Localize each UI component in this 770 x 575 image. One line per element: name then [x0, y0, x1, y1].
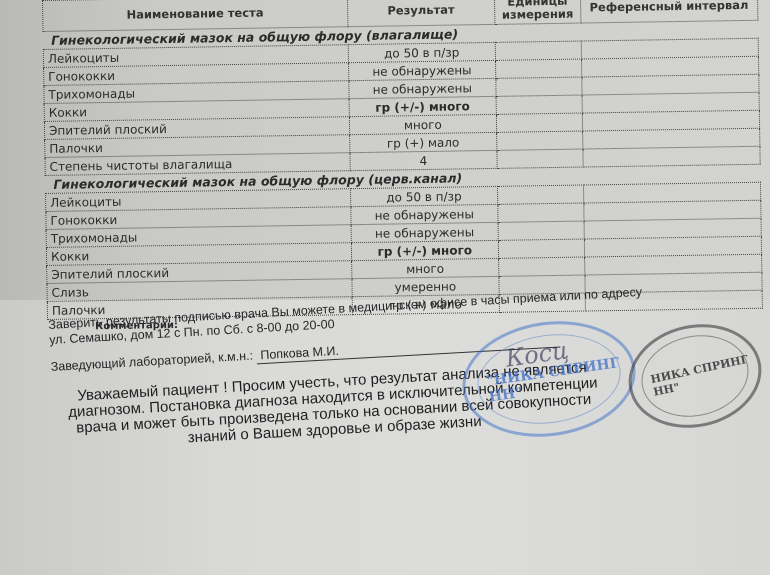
units-cell: [496, 77, 582, 96]
table-body: Гинекологический мазок на общую флору (в…: [43, 20, 762, 319]
units-cell: [499, 257, 585, 276]
result-cell: не обнаружены: [351, 222, 499, 242]
units-cell: [495, 41, 581, 60]
units-cell: [496, 59, 582, 78]
results-table: Наименование теста Результат Единицы изм…: [42, 0, 763, 320]
result-cell: не обнаружены: [348, 60, 496, 80]
result-cell: гр (+) мало: [349, 132, 497, 152]
result-cell: 4: [350, 150, 498, 170]
result-cell: не обнаружены: [348, 78, 496, 98]
units-cell: [496, 113, 582, 132]
result-cell: много: [349, 114, 497, 134]
result-cell: гр (+/-) много: [351, 240, 499, 260]
units-cell: [497, 149, 583, 168]
header-units: Единицы измерения: [495, 0, 581, 24]
lab-head-label: Заведующий лабораторией, к.м.н.:: [50, 349, 253, 374]
units-cell: [498, 185, 584, 204]
lab-results-sheet: Наименование теста Результат Единицы изм…: [42, 0, 763, 333]
header-reference: Референсный интервал: [580, 0, 758, 23]
header-result: Результат: [347, 0, 495, 27]
lab-head-name: Попкова М.И.: [256, 331, 560, 364]
result-cell: много: [351, 258, 499, 278]
units-cell: [497, 131, 583, 150]
result-cell: до 50 в п/зр: [348, 42, 496, 62]
result-cell: гр (+/-) много: [349, 96, 497, 116]
units-cell: [498, 221, 584, 240]
units-cell: [498, 203, 584, 222]
units-cell: [496, 95, 582, 114]
units-cell: [498, 239, 584, 258]
result-cell: до 50 в п/зр: [350, 186, 498, 206]
result-cell: не обнаружены: [350, 204, 498, 224]
